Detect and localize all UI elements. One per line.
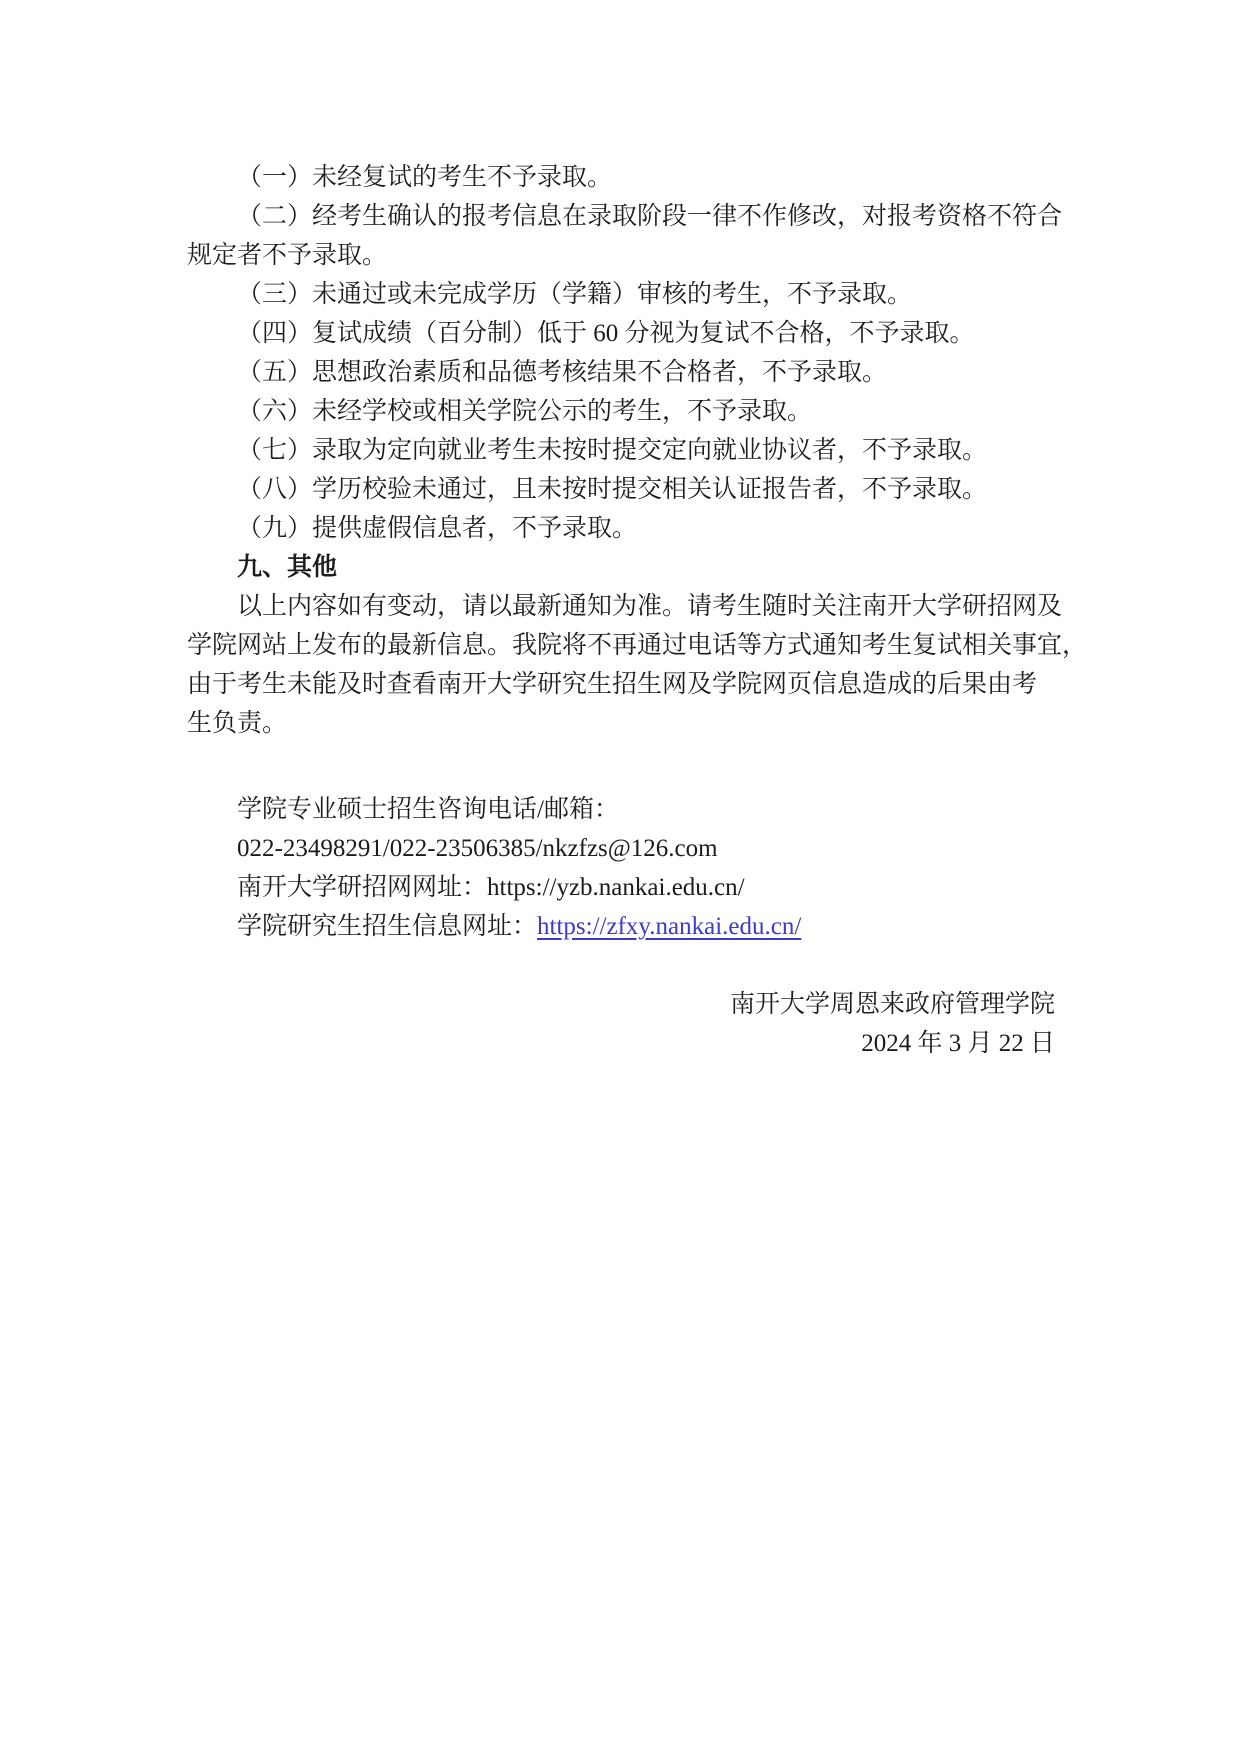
contact-phone-email-line: 022-23498291/022-23506385/nkzfzs@126.com xyxy=(187,829,1055,868)
other-paragraph-line-2: 学院网站上发布的最新信息。我院将不再通过电话等方式通知考生复试相关事宜， xyxy=(187,626,1055,665)
blank-line xyxy=(187,743,1055,790)
rule-item-9: （九）提供虚假信息者，不予录取。 xyxy=(187,509,1055,548)
rule-item-1: （一）未经复试的考生不予录取。 xyxy=(187,158,1055,197)
signature-date: 2024 年 3 月 22 日 xyxy=(187,1024,1055,1063)
other-paragraph-line-1: 以上内容如有变动，请以最新通知为准。请考生随时关注南开大学研招网及 xyxy=(187,587,1055,626)
document-page: （一）未经复试的考生不予录取。 （二）经考生确认的报考信息在录取阶段一律不作修改… xyxy=(0,0,1240,1754)
rule-item-6: （六）未经学校或相关学院公示的考生，不予录取。 xyxy=(187,392,1055,431)
other-paragraph-line-3: 由于考生未能及时查看南开大学研究生招生网及学院网页信息造成的后果由考 xyxy=(187,665,1055,704)
rule-item-5: （五）思想政治素质和品德考核结果不合格者，不予录取。 xyxy=(187,353,1055,392)
contact-yzb-site-line: 南开大学研招网网址：https://yzb.nankai.edu.cn/ xyxy=(187,868,1055,907)
signature-organization: 南开大学周恩来政府管理学院 xyxy=(187,985,1055,1024)
section-heading-other: 九、其他 xyxy=(187,548,1055,587)
contact-school-site-line: 学院研究生招生信息网址：https://zfxy.nankai.edu.cn/ xyxy=(187,907,1055,946)
rule-item-7: （七）录取为定向就业考生未按时提交定向就业协议者，不予录取。 xyxy=(187,431,1055,470)
contact-school-site-label: 学院研究生招生信息网址： xyxy=(237,913,537,940)
contact-intro-line: 学院专业硕士招生咨询电话/邮箱： xyxy=(187,790,1055,829)
rule-item-3: （三）未通过或未完成学历（学籍）审核的考生，不予录取。 xyxy=(187,275,1055,314)
other-paragraph-line-4: 生负责。 xyxy=(187,704,1055,743)
rule-item-2-continuation: 规定者不予录取。 xyxy=(187,236,1055,275)
school-admissions-link[interactable]: https://zfxy.nankai.edu.cn/ xyxy=(537,913,801,940)
rule-item-8: （八）学历校验未通过，且未按时提交相关认证报告者，不予录取。 xyxy=(187,470,1055,509)
rule-item-4: （四）复试成绩（百分制）低于 60 分视为复试不合格，不予录取。 xyxy=(187,314,1055,353)
document-body: （一）未经复试的考生不予录取。 （二）经考生确认的报考信息在录取阶段一律不作修改… xyxy=(187,158,1055,1063)
blank-line xyxy=(187,946,1055,985)
rule-item-2: （二）经考生确认的报考信息在录取阶段一律不作修改，对报考资格不符合 xyxy=(187,197,1055,236)
